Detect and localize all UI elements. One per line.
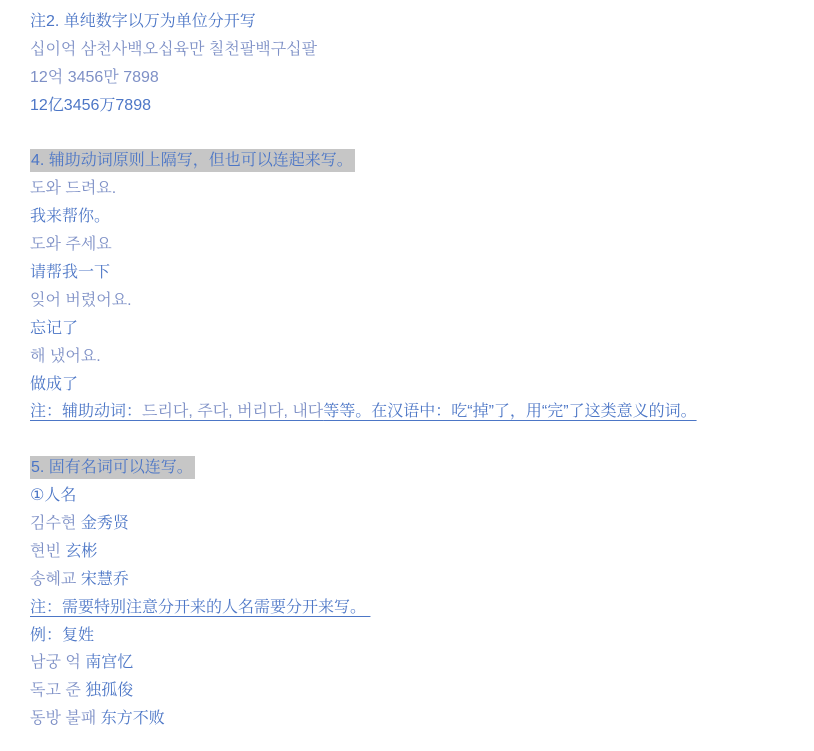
heading-highlight: 5. 固有名词可以连写。 bbox=[30, 456, 195, 479]
text-line: 我来帮你。 bbox=[30, 203, 794, 231]
text-line: 도와 드려요. bbox=[30, 175, 794, 203]
text-line: 忘记了 bbox=[30, 315, 794, 343]
blank-line bbox=[30, 426, 794, 454]
text-segment-ko: 독고 준 bbox=[30, 682, 85, 699]
text-line: 12亿3456万7898 bbox=[30, 92, 794, 120]
line-text: 도와 드려요. bbox=[30, 180, 116, 197]
line-text: 십이억 삼천사백오십육만 칠천팔백구십팔 bbox=[30, 41, 317, 58]
text-segment-zh: 金秀贤 bbox=[81, 515, 129, 532]
text-segment-zh: 做成了 bbox=[30, 376, 78, 393]
line-text: 请帮我一下 bbox=[30, 264, 110, 281]
text-segment-zh: 注：辅助动词： bbox=[30, 403, 142, 420]
text-segment-ko: 김수현 bbox=[30, 515, 81, 532]
text-line: 해 냈어요. bbox=[30, 343, 794, 371]
text-segment-zh: ①人名 bbox=[30, 487, 76, 504]
text-line: 12억 3456만 7898 bbox=[30, 64, 794, 92]
text-segment-ko: 현빈 bbox=[30, 543, 65, 560]
note-line: 注：需要特别注意分开来的人名需要分开来写。 bbox=[30, 594, 794, 622]
text-segment-zh: 独孤俊 bbox=[85, 682, 133, 699]
heading-highlight: 4. 辅助动词原则上隔写，但也可以连起来写。 bbox=[30, 149, 355, 172]
text-segment-ko: 해 냈어요. bbox=[30, 348, 101, 365]
blank-line bbox=[30, 120, 794, 148]
text-line: 例：复姓 bbox=[30, 622, 794, 650]
text-segment-zh: 请帮我一下 bbox=[30, 264, 110, 281]
text-line: 현빈 玄彬 bbox=[30, 538, 794, 566]
text-segment-zh: 宋慧乔 bbox=[81, 571, 129, 588]
text-segment-zh: 玄彬 bbox=[65, 543, 97, 560]
line-text: ①人名 bbox=[30, 487, 76, 504]
text-line: 십이억 삼천사백오십육만 칠천팔백구십팔 bbox=[30, 36, 794, 64]
text-segment-zh: 12亿3456万7898 bbox=[30, 97, 151, 114]
text-segment-ko: 십이억 삼천사백오십육만 칠천팔백구십팔 bbox=[30, 41, 317, 58]
text-line: 동방 불패 东方不败 bbox=[30, 705, 794, 733]
text-segment-ko: 동방 불패 bbox=[30, 710, 101, 727]
text-line: 도와 주세요 bbox=[30, 231, 794, 259]
line-text: 송혜교 宋慧乔 bbox=[30, 571, 129, 588]
text-segment-ko: 12억 3456만 7898 bbox=[30, 69, 159, 86]
text-line: ①人名 bbox=[30, 482, 794, 510]
text-segment-zh: 4. 辅助动词原则上隔写，但也可以连起来写。 bbox=[31, 152, 353, 169]
text-segment-ko: 잊어 버렸어요. bbox=[30, 292, 132, 309]
line-text: 남궁 억 南宫忆 bbox=[30, 654, 133, 671]
line-text: 도와 주세요 bbox=[30, 236, 112, 253]
line-text: 동방 불패 东方不败 bbox=[30, 710, 165, 727]
text-segment-zh: 忘记了 bbox=[30, 320, 78, 337]
text-segment-ko: 도와 주세요 bbox=[30, 236, 112, 253]
section-heading: 4. 辅助动词原则上隔写，但也可以连起来写。 bbox=[30, 147, 794, 175]
line-text: 해 냈어요. bbox=[30, 348, 101, 365]
text-segment-zh: 注：需要特别注意分开来的人名需要分开来写。 bbox=[30, 599, 370, 616]
line-text: 注：辅助动词：드리다, 주다, 버리다, 내다等等。在汉语中：吃“掉”了，用“完… bbox=[30, 403, 697, 420]
line-text: 忘记了 bbox=[30, 320, 78, 337]
section-heading: 5. 固有名词可以连写。 bbox=[30, 454, 794, 482]
text-line: 김수현 金秀贤 bbox=[30, 510, 794, 538]
text-segment-ko: 도와 드려요. bbox=[30, 180, 116, 197]
text-segment-ko: 송혜교 bbox=[30, 571, 81, 588]
text-line: 독고 준 独孤俊 bbox=[30, 677, 794, 705]
text-line: 做成了 bbox=[30, 371, 794, 399]
line-text: 김수현 金秀贤 bbox=[30, 515, 129, 532]
line-text: 做成了 bbox=[30, 376, 78, 393]
text-segment-zh: 例：复姓 bbox=[30, 627, 94, 644]
line-text: 12억 3456만 7898 bbox=[30, 69, 159, 86]
text-segment-zh: 等等。在汉语中：吃“掉”了，用“完”了这类意义的词。 bbox=[323, 403, 696, 420]
line-text: 我来帮你。 bbox=[30, 208, 110, 225]
line-text: 注2. 单纯数字以万为单位分开写 bbox=[30, 13, 256, 30]
text-segment-zh: 注2. 单纯数字以万为单位分开写 bbox=[30, 13, 256, 30]
text-segment-zh: 5. 固有名词可以连写。 bbox=[31, 459, 193, 476]
text-line: 송혜교 宋慧乔 bbox=[30, 566, 794, 594]
text-line: 请帮我一下 bbox=[30, 259, 794, 287]
text-line: 注2. 单纯数字以万为单位分开写 bbox=[30, 8, 794, 36]
text-segment-ko: 드리다, 주다, 버리다, 내다 bbox=[142, 403, 323, 420]
text-segment-zh: 我来帮你。 bbox=[30, 208, 110, 225]
text-line: 잊어 버렸어요. bbox=[30, 287, 794, 315]
line-text: 독고 준 独孤俊 bbox=[30, 682, 133, 699]
text-segment-zh: 南宫忆 bbox=[85, 654, 133, 671]
line-text: 잊어 버렸어요. bbox=[30, 292, 132, 309]
document-body: 注2. 单纯数字以万为单位分开写십이억 삼천사백오십육만 칠천팔백구십팔12억 … bbox=[0, 0, 814, 751]
text-line: 남궁 억 南宫忆 bbox=[30, 649, 794, 677]
line-text: 12亿3456万7898 bbox=[30, 97, 151, 114]
line-text: 注：需要特别注意分开来的人名需要分开来写。 bbox=[30, 599, 370, 616]
note-line: 注：辅助动词：드리다, 주다, 버리다, 내다等等。在汉语中：吃“掉”了，用“完… bbox=[30, 398, 794, 426]
text-segment-ko: 남궁 억 bbox=[30, 654, 85, 671]
line-text: 例：复姓 bbox=[30, 627, 94, 644]
line-text: 현빈 玄彬 bbox=[30, 543, 97, 560]
text-segment-zh: 东方不败 bbox=[101, 710, 165, 727]
